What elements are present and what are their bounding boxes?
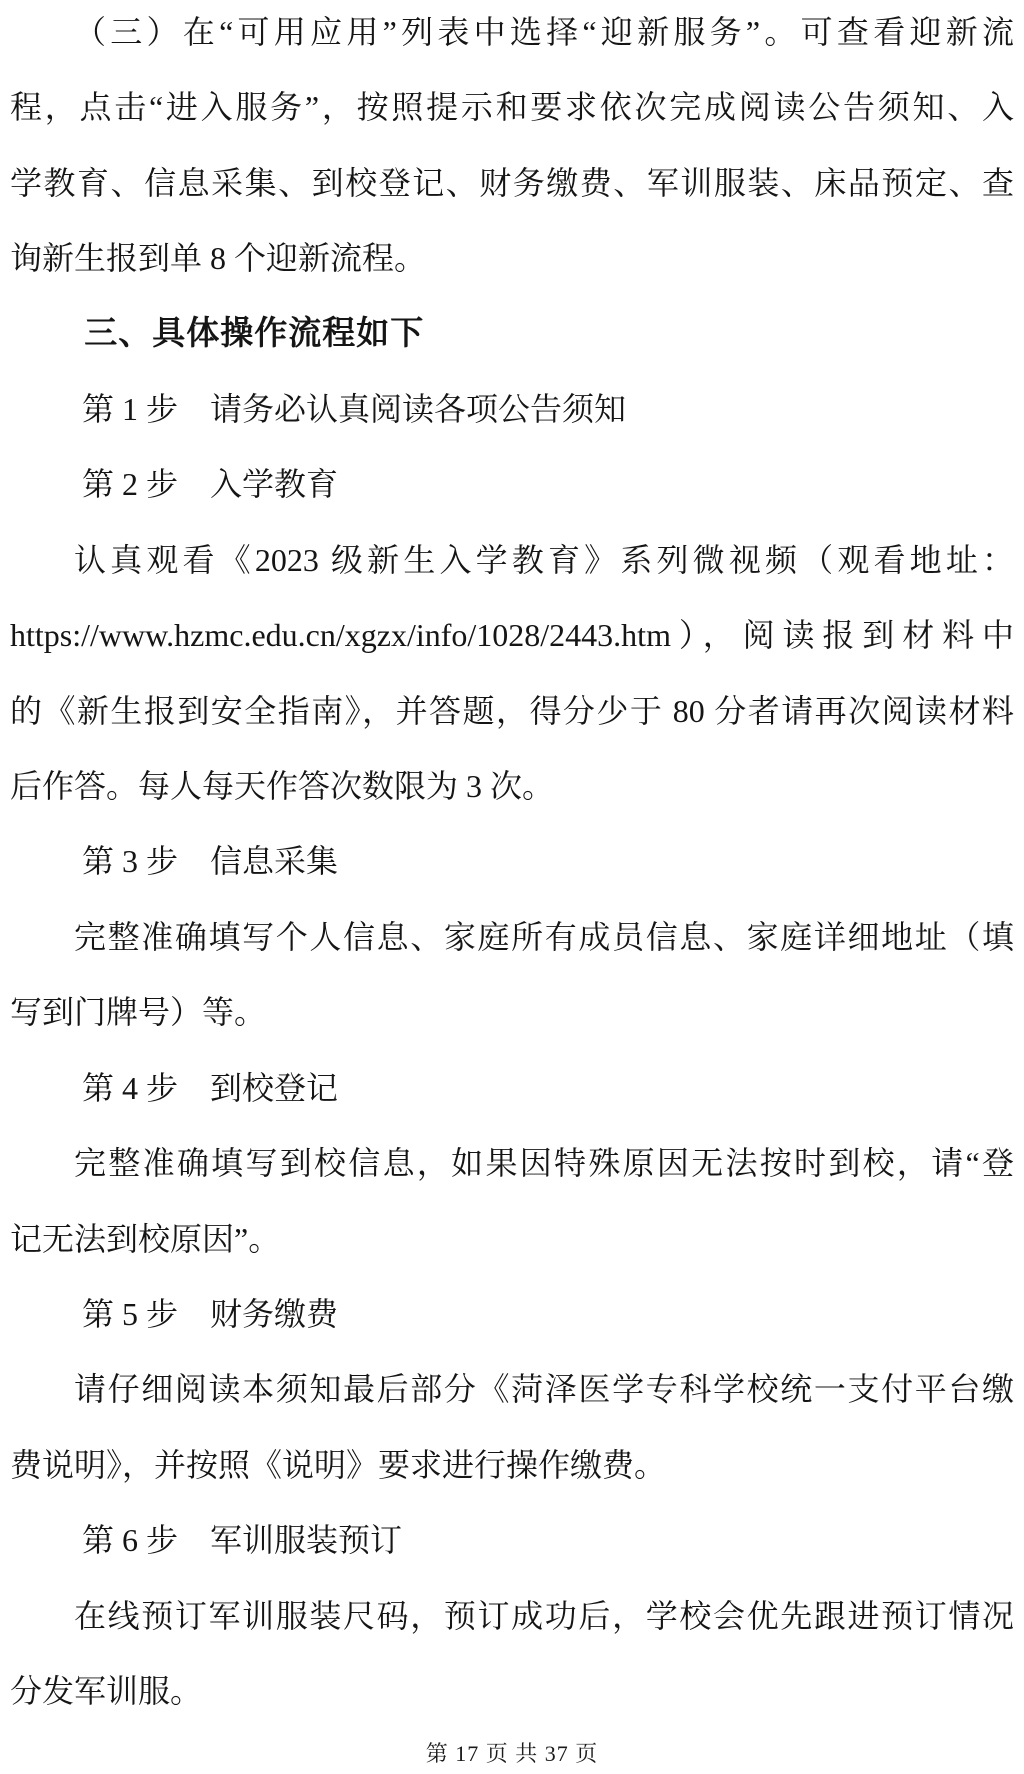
- step-heading-1: 第 1 步 请务必认真阅读各项公告须知: [10, 372, 1014, 447]
- paragraph-line: （三）在“可用应用”列表中选择“迎新服务”。可查看迎新流: [10, 0, 1014, 70]
- paragraph-line: 写到门牌号）等。: [10, 975, 1014, 1050]
- step-heading-2: 第 2 步 入学教育: [10, 447, 1014, 522]
- paragraph-line: 完整准确填写个人信息、家庭所有成员信息、家庭详细地址（填: [10, 900, 1014, 975]
- paragraph-line: 分发军训服。: [10, 1654, 1014, 1729]
- step-heading-3: 第 3 步 信息采集: [10, 824, 1014, 899]
- paragraph-line: 的《新生报到安全指南》，并答题，得分少于 80 分者请再次阅读材料: [10, 674, 1014, 749]
- paragraph-line: 费说明》，并按照《说明》要求进行操作缴费。: [10, 1428, 1014, 1503]
- paragraph-line: 程，点击“进入服务”，按照提示和要求依次完成阅读公告须知、入: [10, 70, 1014, 145]
- paragraph-line: 记无法到校原因”。: [10, 1202, 1014, 1277]
- paragraph-line: 后作答。每人每天作答次数限为 3 次。: [10, 749, 1014, 824]
- paragraph-line: 认真观看《2023 级新生入学教育》系列微视频（观看地址：: [10, 523, 1014, 598]
- paragraph-line: 在线预订军训服装尺码，预订成功后，学校会优先跟进预订情况: [10, 1579, 1014, 1654]
- document-body: （三）在“可用应用”列表中选择“迎新服务”。可查看迎新流 程，点击“进入服务”，…: [0, 0, 1024, 1729]
- page-number: 第 17 页 共 37 页: [426, 1741, 599, 1766]
- paragraph-line-url: https://www.hzmc.edu.cn/xgzx/info/1028/2…: [10, 598, 1014, 673]
- section-heading: 三、具体操作流程如下: [10, 297, 1014, 372]
- step-heading-6: 第 6 步 军训服装预订: [10, 1503, 1014, 1578]
- page-footer: 第 17 页 共 37 页: [0, 1742, 1024, 1766]
- step-heading-4: 第 4 步 到校登记: [10, 1051, 1014, 1126]
- paragraph-line: 请仔细阅读本须知最后部分《菏泽医学专科学校统一支付平台缴: [10, 1352, 1014, 1427]
- paragraph-line: 询新生报到单 8 个迎新流程。: [10, 221, 1014, 296]
- paragraph-line: 完整准确填写到校信息，如果因特殊原因无法按时到校，请“登: [10, 1126, 1014, 1201]
- paragraph-line: 学教育、信息采集、到校登记、财务缴费、军训服装、床品预定、查: [10, 146, 1014, 221]
- document-page: （三）在“可用应用”列表中选择“迎新服务”。可查看迎新流 程，点击“进入服务”，…: [0, 0, 1024, 1774]
- step-heading-5: 第 5 步 财务缴费: [10, 1277, 1014, 1352]
